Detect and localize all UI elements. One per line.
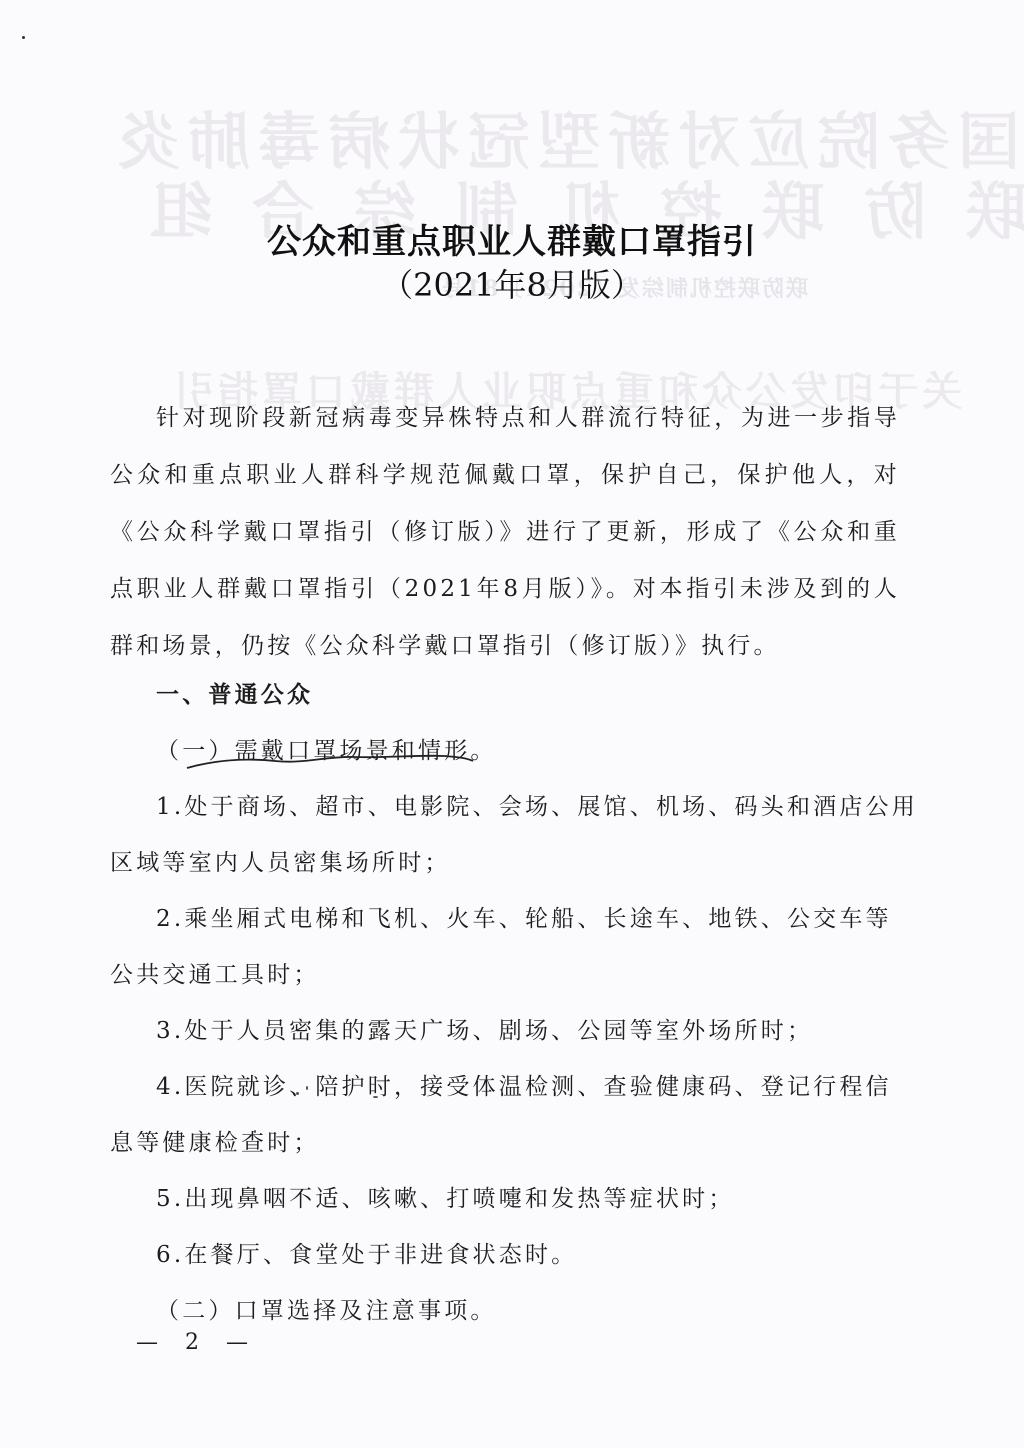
scan-speck (296, 1092, 299, 1095)
scan-speck (306, 1086, 308, 1090)
subsection-heading-mask-selection: （二）口罩选择及注意事项。 (156, 1292, 497, 1325)
list-item-4: 4.医院就诊、陪护时，接受体温检测、查验健康码、登记行程信 (156, 1068, 892, 1101)
list-item-6: 6.在餐厅、食堂处于非进食状态时。 (156, 1236, 577, 1269)
document-subtitle: （2021年8月版） (0, 260, 1024, 306)
list-item-2-cont: 公共交通工具时； (110, 956, 320, 989)
list-item-1-cont: 区域等室内人员密集场所时； (110, 844, 451, 877)
handwritten-underline (185, 752, 475, 772)
list-item-4-cont: 息等健康检查时； (110, 1124, 320, 1157)
document-page: 国务院应对新型冠状病毒肺炎 疫情联防联控机制综合组 联防联控机制综发〔2021〕… (0, 0, 1024, 1448)
list-item-3: 3.处于人员密集的露天广场、剧场、公园等室外场所时； (156, 1012, 813, 1045)
scan-speck (373, 1096, 378, 1098)
scan-speck (22, 36, 25, 39)
intro-paragraph: 针对现阶段新冠病毒变异株特点和人群流行特征，为进一步指导公众和重点职业人群科学规… (110, 390, 900, 675)
bleed-through-header-line1: 国务院应对新型冠状病毒肺炎 (110, 92, 1020, 181)
list-item-2: 2.乘坐厢式电梯和飞机、火车、轮船、长途车、地铁、公交车等 (156, 900, 892, 933)
list-item-1: 1.处于商场、超市、电影院、会场、展馆、机场、码头和酒店公用 (156, 788, 918, 821)
list-item-5: 5.出现鼻咽不适、咳嗽、打喷嚏和发热等症状时； (156, 1180, 735, 1213)
document-title: 公众和重点职业人群戴口罩指引 (0, 214, 1024, 263)
scan-speck (254, 1130, 256, 1133)
page-number: — 2 — (136, 1330, 258, 1355)
section-heading-general-public: 一、普通公众 (156, 676, 313, 709)
